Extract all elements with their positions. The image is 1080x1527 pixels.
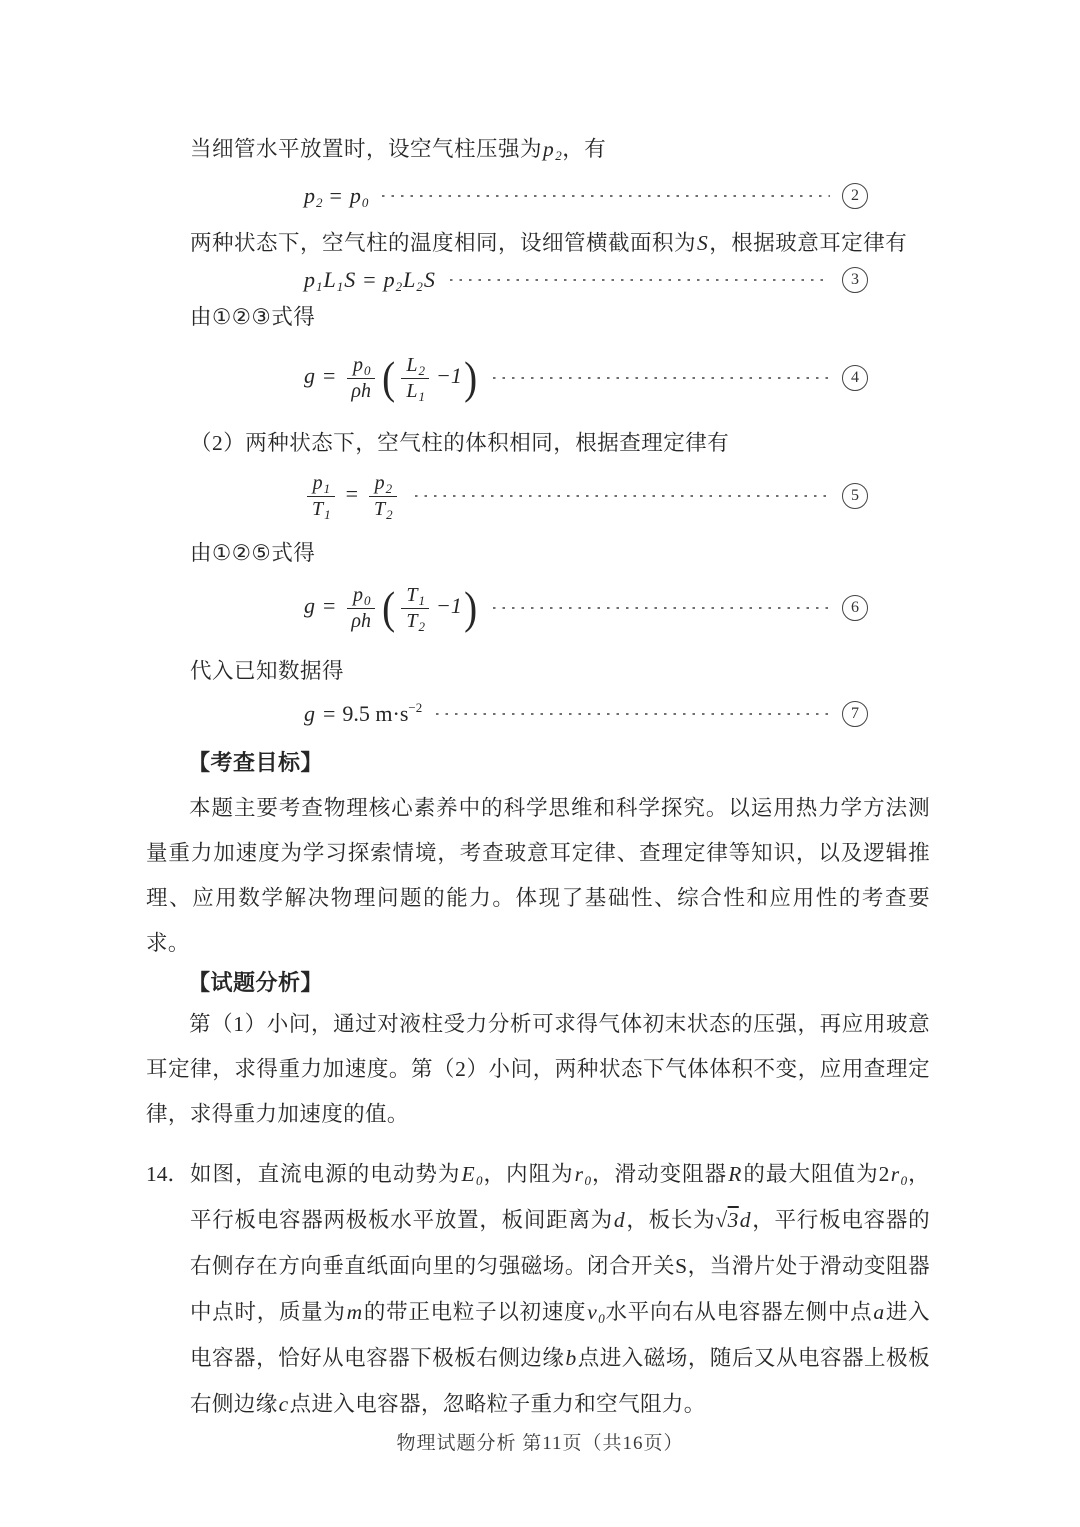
math-sub: 2 (416, 279, 423, 294)
solution-line-horizontal-tube: 当细管水平放置时，设空气柱压强为p2，有 (146, 134, 930, 164)
fraction-denominator: ρh (347, 608, 375, 633)
math-var: L (406, 380, 417, 402)
equation-6-row: g=p0ρh(T1T2−1) 6 (146, 570, 930, 646)
paragraph-question-analysis: 第（1）小问，通过对液柱受力分析可求得气体初末状态的压强，再应用玻意耳定律，求得… (146, 1002, 930, 1137)
solution-line-part2: （2）两种状态下，空气柱的体积相同，根据查理定律有 (146, 428, 930, 458)
sqrt-icon: √ (715, 1208, 727, 1232)
math-operator: = (323, 701, 335, 726)
text-segment: ，滑动变阻器 (591, 1162, 727, 1186)
math-var-v0: v (587, 1300, 597, 1324)
math-operator: = (363, 267, 375, 292)
math-var-g: g (304, 363, 315, 388)
math-var: p (384, 267, 395, 292)
text-segment: 当细管水平放置时，设空气柱压强为 (190, 137, 542, 161)
math-coeff-2: 2 (879, 1162, 890, 1186)
fraction-denominator: T2 (401, 608, 429, 633)
math-operator: = (330, 183, 342, 208)
dotted-leader (493, 377, 830, 379)
equation-3-row: p1L1S=p2L2S 3 (146, 262, 930, 298)
math-sub: 1 (418, 389, 425, 404)
text-segment: 点进入电容器，忽略粒子重力和空气阻力。 (290, 1392, 706, 1416)
math-sub: 2 (418, 619, 425, 634)
math-sub: 2 (386, 481, 393, 496)
fraction: p2T2 (369, 472, 397, 521)
math-var-m: m (347, 1300, 363, 1324)
math-operator: = (323, 593, 335, 618)
math-sub: 0 (364, 593, 371, 608)
math-minus-one: −1 (436, 363, 462, 388)
equation-5-row: p1T1=p2T2 5 (146, 460, 930, 532)
equation-7-row: g=9.5 m·s−2 7 (146, 696, 930, 732)
text-segment: ，板长为 (626, 1208, 715, 1232)
question-14-number: 14． (146, 1151, 190, 1197)
fraction-denominator: T1 (307, 496, 335, 521)
dotted-leader (382, 195, 830, 197)
math-var: S (344, 267, 355, 292)
math-sub: 2 (386, 507, 393, 522)
equation-3-formula: p1L1S=p2L2S (303, 267, 436, 293)
text-segment: ，内阻为 (483, 1162, 574, 1186)
math-operator: = (323, 363, 335, 388)
equation-2-formula: p2=p0 (303, 183, 368, 209)
math-var: p (375, 472, 385, 494)
math-sub: 2 (418, 363, 425, 378)
solution-line-from-125: 由①②⑤式得 (146, 538, 930, 568)
math-var-S: S (697, 231, 708, 255)
fraction: T1T2 (401, 584, 429, 633)
fraction: L2L1 (401, 354, 429, 403)
math-var: T (312, 498, 323, 520)
solution-line-boyle: 两种状态下，空气柱的温度相同，设细管横截面积为S，根据玻意耳定律有 (146, 228, 930, 258)
equation-tag-7: 7 (842, 701, 868, 727)
equation-tag-2: 2 (842, 183, 868, 209)
fraction-numerator: T1 (401, 584, 429, 608)
equation-2-row: p2=p0 2 (146, 178, 930, 214)
math-var-E0: E (461, 1162, 475, 1186)
dotted-leader (493, 607, 830, 609)
left-paren: ( (382, 588, 395, 627)
heading-exam-objectives: 【考查目标】 (146, 748, 930, 778)
math-value: 9.5 m·s (342, 701, 408, 726)
math-var-d: d (740, 1208, 751, 1232)
math-sub: 2 (396, 279, 403, 294)
question-14-text: 如图，直流电源的电动势为E0，内阻为r0，滑动变阻器R的最大阻值为2r0，平行板… (190, 1151, 930, 1427)
page-footer: 物理试题分析 第11页（共16页） (0, 1428, 1080, 1455)
text-segment: 的带正电粒子以初速度 (364, 1300, 587, 1324)
math-var-r0: r (891, 1162, 900, 1186)
math-sub: 1 (324, 507, 331, 522)
fraction-numerator: p1 (308, 472, 335, 496)
math-var: T (406, 610, 417, 632)
math-var-b: b (565, 1346, 576, 1370)
math-var-g: g (304, 593, 315, 618)
heading-question-analysis: 【试题分析】 (146, 968, 930, 998)
document-page: 当细管水平放置时，设空气柱压强为p2，有 p2=p0 2 两种状态下，空气柱的温… (0, 0, 1080, 1527)
fraction-numerator: p0 (348, 354, 375, 378)
math-var: p (304, 267, 315, 292)
equation-tag-3: 3 (842, 267, 868, 293)
text-segment: ，根据玻意耳定律有 (709, 231, 907, 255)
solution-line-from-123: 由①②③式得 (146, 302, 930, 332)
equation-tag-5: 5 (842, 483, 868, 509)
equation-5-formula: p1T1=p2T2 (303, 472, 401, 521)
fraction: p0ρh (346, 354, 376, 403)
math-sub: 0 (362, 195, 369, 210)
text-segment: 水平向右从电容器左侧中点 (605, 1300, 872, 1324)
math-var: p (353, 354, 363, 376)
dotted-leader (436, 713, 830, 715)
left-paren: ( (382, 358, 395, 397)
fraction-denominator: ρh (347, 378, 375, 403)
math-var: L (324, 267, 336, 292)
math-var-p2: p (543, 137, 554, 161)
math-var: p (304, 183, 315, 208)
solution-line-substitute: 代入已知数据得 (146, 656, 930, 686)
math-sub: 1 (316, 279, 323, 294)
math-var: S (424, 267, 435, 292)
math-sub: 2 (316, 195, 323, 210)
text-segment: 两种状态下，空气柱的温度相同，设细管横截面积为 (190, 231, 696, 255)
dotted-leader (450, 279, 830, 281)
equation-tag-4: 4 (842, 365, 868, 391)
equation-6-formula: g=p0ρh(T1T2−1) (303, 584, 479, 633)
text-segment: 如图，直流电源的电动势为 (190, 1162, 460, 1186)
fraction: p1T1 (307, 472, 335, 521)
fraction-denominator: L1 (401, 378, 429, 403)
equation-tag-6: 6 (842, 595, 868, 621)
math-operator: = (346, 481, 358, 506)
fraction-denominator: T2 (369, 496, 397, 521)
fraction-numerator: L2 (401, 354, 429, 378)
dotted-leader (415, 495, 830, 497)
math-var: p (350, 183, 361, 208)
fraction-numerator: p2 (370, 472, 397, 496)
math-var: T (406, 584, 417, 606)
math-var: L (403, 267, 415, 292)
math-var-c: c (279, 1392, 289, 1416)
math-sup: −2 (408, 700, 422, 715)
fraction: p0ρh (346, 584, 376, 633)
math-var-d: d (614, 1208, 625, 1232)
text-segment: ，有 (562, 137, 606, 161)
math-var-g: g (304, 701, 315, 726)
math-sub: 1 (418, 593, 425, 608)
math-sub: 1 (337, 279, 344, 294)
right-paren: ) (464, 588, 477, 627)
page-content: 当细管水平放置时，设空气柱压强为p2，有 p2=p0 2 两种状态下，空气柱的温… (146, 0, 930, 1427)
math-var: T (374, 498, 385, 520)
math-var: L (406, 354, 417, 376)
math-minus-one: −1 (436, 593, 462, 618)
sqrt-radicand: 3 (728, 1208, 739, 1232)
math-var: p (353, 584, 363, 606)
math-var-R: R (728, 1162, 742, 1186)
math-sub: 1 (324, 481, 331, 496)
fraction-numerator: p0 (348, 584, 375, 608)
equation-4-formula: g=p0ρh(L2L1−1) (303, 354, 479, 403)
math-var: p (313, 472, 323, 494)
equation-4-row: g=p0ρh(L2L1−1) 4 (146, 336, 930, 420)
math-sub: 0 (364, 363, 371, 378)
question-14: 14． 如图，直流电源的电动势为E0，内阻为r0，滑动变阻器R的最大阻值为2r0… (146, 1151, 930, 1427)
paragraph-exam-objectives: 本题主要考查物理核心素养中的科学思维和科学探究。以运用热力学方法测量重力加速度为… (146, 786, 930, 966)
math-var-a: a (873, 1300, 884, 1324)
right-paren: ) (464, 358, 477, 397)
math-var-r0: r (575, 1162, 584, 1186)
text-segment: 的最大阻值为 (743, 1162, 879, 1186)
equation-7-formula: g=9.5 m·s−2 (303, 701, 422, 727)
math-sub: 0 (476, 1173, 483, 1188)
